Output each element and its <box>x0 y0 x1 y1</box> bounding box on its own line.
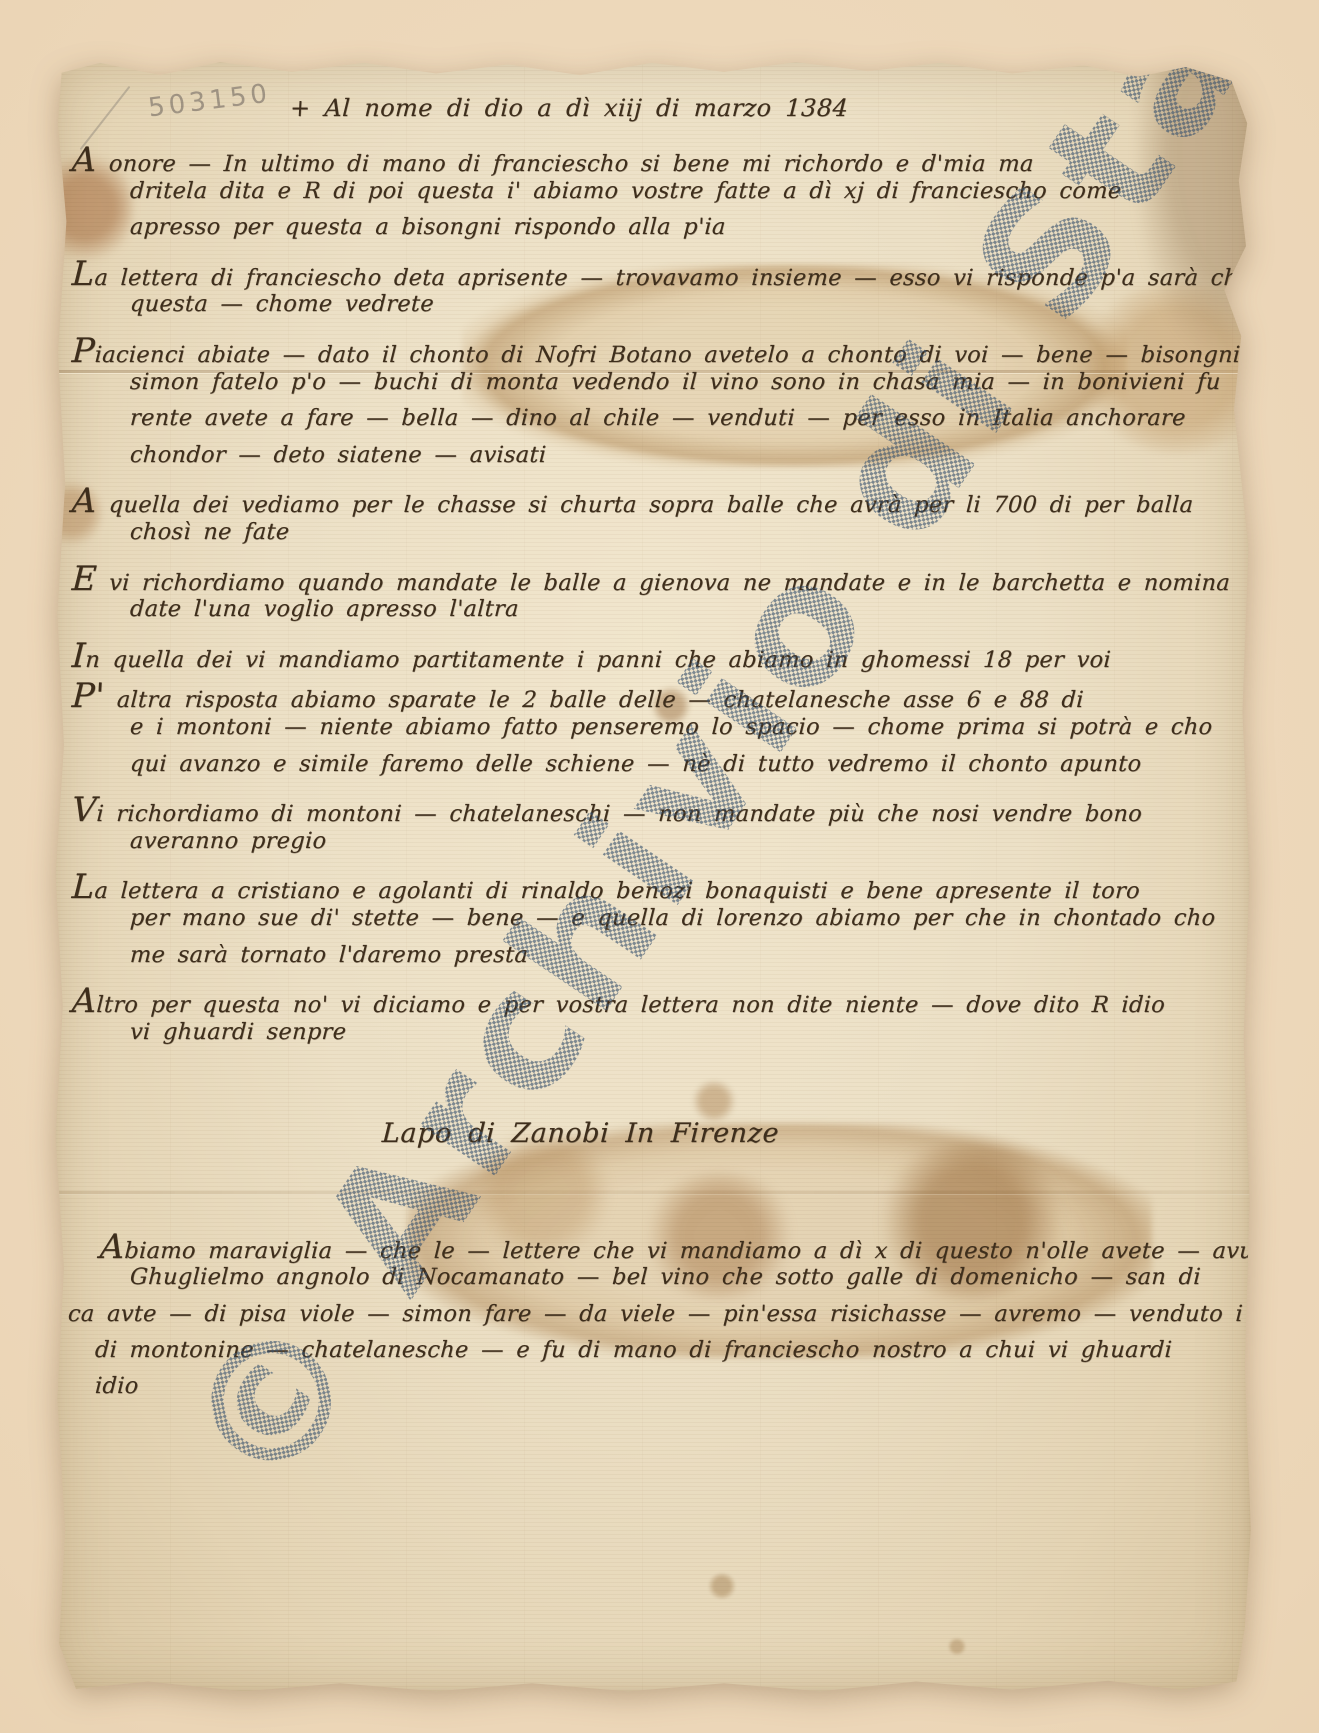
text-layer: + Al nome di dio a dì xiij di marzo 1384… <box>52 58 1252 1693</box>
manuscript-line: dritela dita e R di poi questa i' abiamo… <box>129 180 1122 203</box>
manuscript-line: chondor — deto siatene — avisati <box>129 444 547 467</box>
manuscript-line: simon fatelo p'o — buchi di monta vedend… <box>129 371 1221 394</box>
manuscript-line: A quella dei vediamo per le chasse si ch… <box>71 484 1194 518</box>
manuscript-line: La lettera di franciescho deta aprisente… <box>71 257 1252 291</box>
manuscript-page: 503150 + Al nome di dio a dì xiij di mar… <box>52 58 1252 1693</box>
manuscript-line: Altro per questa no' vi diciamo e per vo… <box>71 984 1166 1018</box>
manuscript-line: Piacienci abiate — dato il chonto di Nof… <box>71 334 1252 368</box>
manuscript-line: E vi richordiamo quando mandate le balle… <box>71 562 1231 596</box>
manuscript-line: qui avanzo e simile faremo delle schiene… <box>129 753 1142 776</box>
manuscript-line: apresso per questa a bisongni rispondo a… <box>129 216 726 239</box>
manuscript-line: per mano sue di' stette — bene — e quell… <box>129 907 1216 930</box>
manuscript-line: questa — chome vedrete <box>129 293 434 316</box>
manuscript-line: e i montoni — niente abiamo fatto penser… <box>129 716 1213 739</box>
manuscript-line: vi ghuardi senpre <box>129 1021 346 1044</box>
manuscript-line: chosì ne fate <box>129 521 290 544</box>
manuscript-line: Vi richordiamo di montoni — chatelanesch… <box>71 793 1143 827</box>
manuscript-line: date l'una voglio apresso l'altra <box>129 598 519 621</box>
manuscript-line: La lettera a cristiano e agolanti di rin… <box>71 870 1141 904</box>
manuscript-line: idio <box>94 1375 139 1398</box>
manuscript-line: rente avete a fare — bella — dino al chi… <box>129 407 1186 430</box>
manuscript-line: Abiamo maraviglia — che le — lettere che… <box>99 1230 1252 1264</box>
manuscript-line: Ghuglielmo angnolo di Nocamanato — bel v… <box>129 1266 1201 1289</box>
address-line: Lapo di Zanobi In Firenze <box>381 1120 780 1147</box>
manuscript-line: P' altra risposta abiamo sparate le 2 ba… <box>71 679 1085 713</box>
paper-sheet: 503150 + Al nome di dio a dì xiij di mar… <box>52 58 1252 1693</box>
manuscript-line: ca avte — di pisa viole — simon fare — d… <box>67 1303 1252 1326</box>
manuscript-line: me sarà tornato l'daremo presta <box>129 944 528 967</box>
manuscript-line: A onore — In ultimo di mano di franciesc… <box>71 143 1035 177</box>
document-scan: { "archive_number": "503150", "watermark… <box>0 0 1319 1733</box>
manuscript-line: averanno pregio <box>129 830 327 853</box>
letter-heading: + Al nome di dio a dì xiij di marzo 1384 <box>289 96 848 120</box>
manuscript-line: In quella dei vi mandiamo partitamente i… <box>71 639 1112 673</box>
manuscript-line: di montonine — chatelanesche — e fu di m… <box>94 1339 1172 1362</box>
